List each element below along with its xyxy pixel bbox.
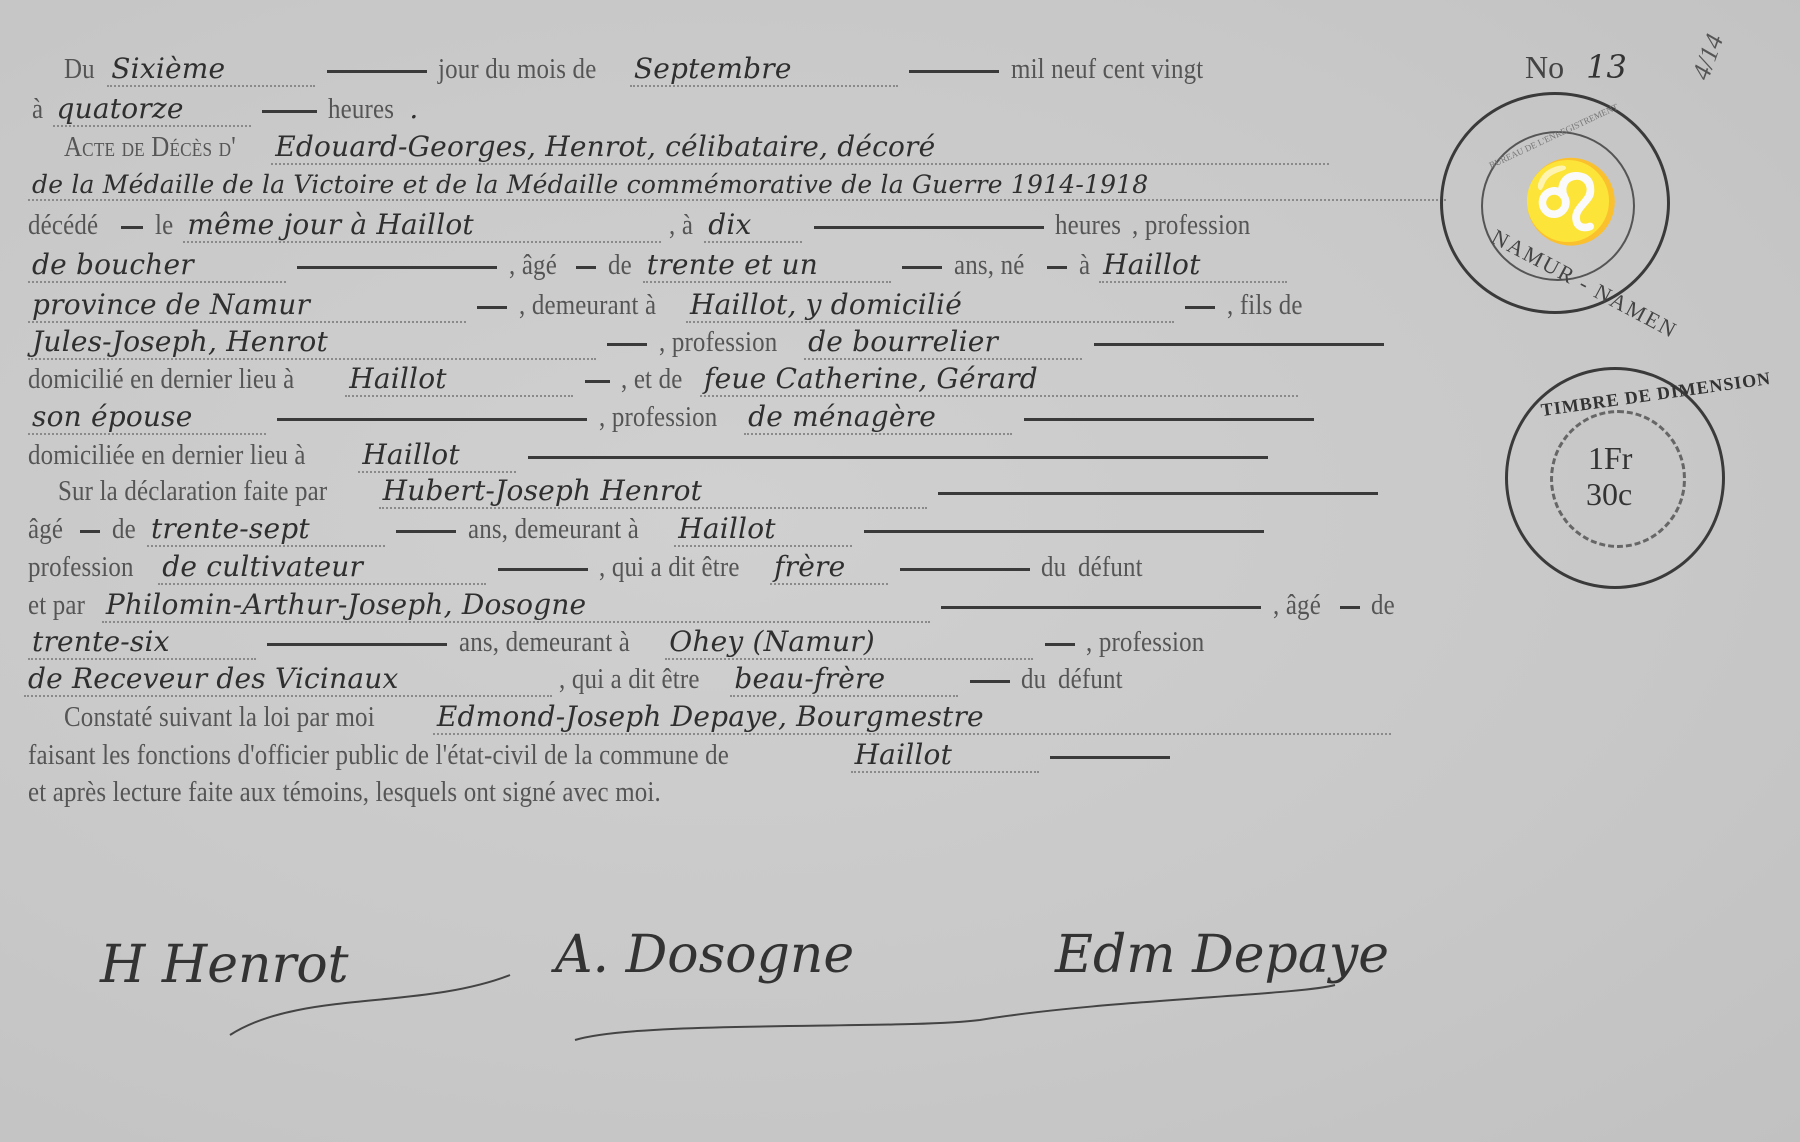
document-page: Du Sixième jour du mois de Septembre mil… [0,0,1800,1142]
signature-flourishes [0,0,1800,1142]
